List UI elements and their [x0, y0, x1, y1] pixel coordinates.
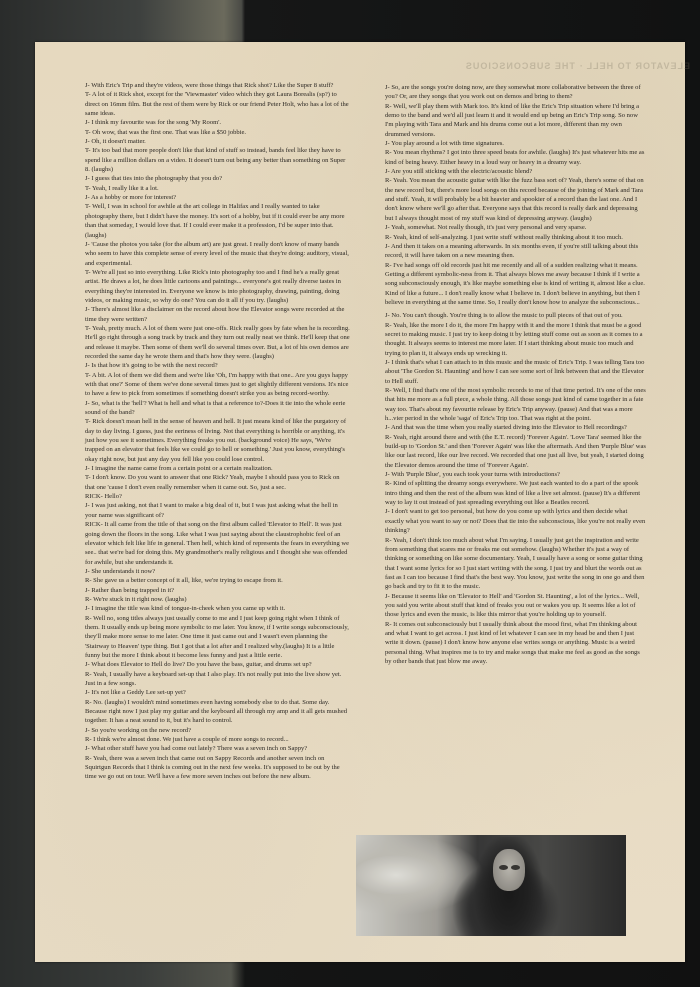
interview-paragraph: R- Yeah, I usually have a keyboard set-u… [85, 670, 350, 689]
interview-paragraph: T- Yeah, pretty much. A lot of them were… [85, 324, 350, 361]
interview-paragraph: J- What does Elevator to Hell do live? D… [85, 660, 350, 669]
interview-paragraph: RICK- It all came from the title of that… [85, 520, 350, 567]
interview-paragraph: T- A bit. A lot of them we did them and … [85, 371, 350, 399]
interview-paragraph: R- I've had songs off old records just h… [385, 261, 647, 308]
interview-paragraph: R- She gave us a better concept of it al… [85, 576, 350, 585]
right-column-part-b: J- No. You can't though. You're thing is… [385, 311, 647, 666]
interview-paragraph: RICK- Hello? [85, 492, 350, 501]
interview-paragraph: R- No. (laughs) I wouldn't mind sometime… [85, 698, 350, 726]
interview-paragraph: J- Are you still sticking with the elect… [385, 167, 647, 176]
interview-paragraph: J- You play around a lot with time signa… [385, 139, 647, 148]
interview-paragraph: R- You mean rhythms? I got into three sp… [385, 148, 647, 167]
interview-paragraph: R- Yeah, there was a seven inch that cam… [85, 754, 350, 782]
interview-paragraph: T- It's too bad that more people don't l… [85, 146, 350, 174]
interview-paragraph: J- I imagine the title was kind of tongu… [85, 604, 350, 613]
show-through-header: ELEVATOR TO HELL · THE SUBCONSCIOUS [380, 61, 690, 71]
interview-paragraph: T- We're all just so into everything. Li… [85, 268, 350, 305]
interview-paragraph: R- Yeah, right around there and with (th… [385, 433, 647, 470]
interview-paragraph: J- So, what is the 'hell'? What is hell … [85, 399, 350, 418]
interview-paragraph: J- What other stuff have you had come ou… [85, 744, 350, 753]
interview-paragraph: J- There's almost like a disclaimer on t… [85, 305, 350, 324]
interview-paragraph: R- Well, we'll play them with Mark too. … [385, 102, 647, 139]
interview-paragraph: J- I guess that ties into the photograph… [85, 174, 350, 183]
interview-paragraph: J- With Eric's Trip and they're videos, … [85, 81, 350, 90]
interview-paragraph: J- 'Cause the photos you take (for the a… [85, 240, 350, 268]
photo-face [493, 849, 525, 891]
interview-paragraph: T- A lot of it Rick shot, except for the… [85, 90, 350, 118]
interview-paragraph: R- I think we're almost done. We just ha… [85, 735, 350, 744]
interview-paragraph: R- Kind of splitting the dreamy songs ev… [385, 479, 647, 507]
interview-paragraph: R- We're stuck in it right now. (laughs) [85, 595, 350, 604]
right-column-part-a: J- So, are the songs you're doing now, a… [385, 83, 647, 307]
interview-paragraph: T- Oh wow, that was the first one. That … [85, 128, 350, 137]
photo-eye-right [511, 865, 520, 870]
interview-paragraph: J- As a hobby or more for interest? [85, 193, 350, 202]
photo-eye-left [499, 865, 508, 870]
interview-paragraph: R- It comes out subconsciously but I usu… [385, 620, 647, 667]
interview-paragraph: J- And that was the time when you really… [385, 423, 647, 432]
interview-paragraph: J- Rather than being trapped in it? [85, 586, 350, 595]
interview-paragraph: R- Well, I find that's one of the most s… [385, 386, 647, 423]
musician-photo [356, 835, 626, 936]
interview-paragraph: J- I imagine the name came from a certai… [85, 464, 350, 473]
interview-paragraph: J- I was just asking, not that I want to… [85, 501, 350, 520]
interview-paragraph: J- Because it seems like on 'Elevator to… [385, 592, 647, 620]
interview-paragraph: J- I think my favourite was for the song… [85, 118, 350, 127]
interview-paragraph: R- Yeah, I don't think too much about wh… [385, 536, 647, 592]
interview-paragraph: J- With 'Purple Blue', you each took you… [385, 470, 647, 479]
interview-paragraph: J- No. You can't though. You're thing is… [385, 311, 647, 320]
interview-paragraph: T- Rick doesn't mean hell in the sense o… [85, 417, 350, 464]
left-column-interview-text: J- With Eric's Trip and they're videos, … [85, 81, 350, 782]
interview-paragraph: J- And then it takes on a meaning afterw… [385, 242, 647, 261]
interview-paragraph: R- Yeah, like the more I do it, the more… [385, 321, 647, 358]
right-column-interview-text: J- So, are the songs you're doing now, a… [385, 83, 647, 666]
interview-paragraph: R- Yeah, kind of self-analyzing. I just … [385, 233, 647, 242]
interview-paragraph: J- So, are the songs you're doing now, a… [385, 83, 647, 102]
interview-paragraph: J- So you're working on the new record? [85, 726, 350, 735]
interview-paragraph: T- I don't know. Do you want to answer t… [85, 473, 350, 492]
interview-paragraph: R- Well no, song titles always just usua… [85, 614, 350, 661]
interview-paragraph: J- I think that's what I can attach to i… [385, 358, 647, 386]
interview-paragraph: J- Oh, it doesn't matter. [85, 137, 350, 146]
interview-paragraph: T- Well, I was in school for awhile at t… [85, 202, 350, 239]
interview-paragraph: R- Yeah. You mean the acoustic guitar wi… [385, 176, 647, 223]
interview-paragraph: J- Yeah, somewhat. Not really though, it… [385, 223, 647, 232]
interview-paragraph: J- Is that how it's going to be with the… [85, 361, 350, 370]
interview-paragraph: T- Yeah, I really like it a lot. [85, 184, 350, 193]
interview-paragraph: J- She understands it now? [85, 567, 350, 576]
interview-paragraph: J- It's not like a Geddy Lee set-up yet? [85, 688, 350, 697]
interview-paragraph: J- I don't want to get too personal, but… [385, 507, 647, 535]
